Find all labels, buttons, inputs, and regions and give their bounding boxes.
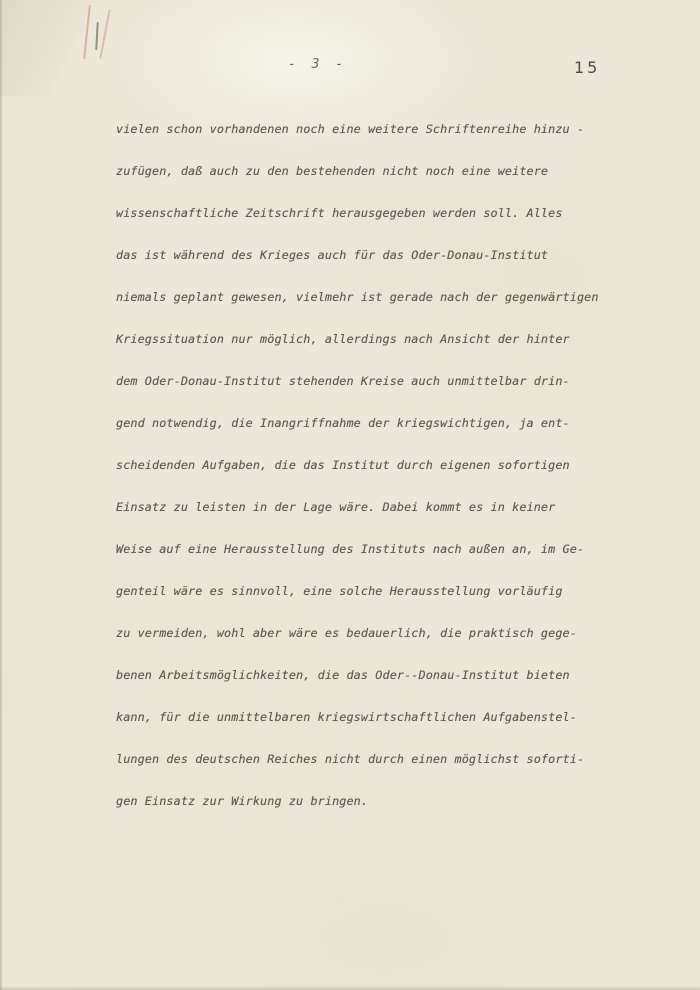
text-line: gen Einsatz zur Wirkung zu bringen. xyxy=(116,794,616,808)
text-line: lungen des deutschen Reiches nicht durch… xyxy=(116,752,616,766)
text-line: niemals geplant gewesen, vielmehr ist ge… xyxy=(116,290,616,304)
text-line: scheidenden Aufgaben, die das Institut d… xyxy=(116,458,616,472)
typewritten-text-block: vielen schon vorhandenen noch eine weite… xyxy=(116,94,616,836)
text-line: Kriegssituation nur möglich, allerdings … xyxy=(116,332,616,346)
typed-page-number: - 3 - xyxy=(288,57,347,72)
text-line: wissenschaftliche Zeitschrift herausgege… xyxy=(116,206,616,220)
text-line: benen Arbeitsmöglichkeiten, die das Oder… xyxy=(116,668,616,682)
text-line: Weise auf eine Herausstellung des Instit… xyxy=(116,542,616,556)
text-line: vielen schon vorhandenen noch eine weite… xyxy=(116,122,616,136)
paper-bottom-edge xyxy=(0,986,700,990)
text-line: genteil wäre es sinnvoll, eine solche He… xyxy=(116,584,616,598)
text-line: kann, für die unmittelbaren kriegswirtsc… xyxy=(116,710,616,724)
folio-number-stamp: 15 xyxy=(574,58,600,77)
scanned-document-page: - 3 - 15 vielen schon vorhandenen noch e… xyxy=(0,0,700,990)
text-line: zufügen, daß auch zu den bestehenden nic… xyxy=(116,164,616,178)
text-line: gend notwendig, die Inangriffnahme der k… xyxy=(116,416,616,430)
paper-left-edge xyxy=(0,0,3,990)
text-line: das ist während des Krieges auch für das… xyxy=(116,248,616,262)
text-line: dem Oder-Donau-Institut stehenden Kreise… xyxy=(116,374,616,388)
text-line: zu vermeiden, wohl aber wäre es bedauerl… xyxy=(116,626,616,640)
text-line: Einsatz zu leisten in der Lage wäre. Dab… xyxy=(116,500,616,514)
